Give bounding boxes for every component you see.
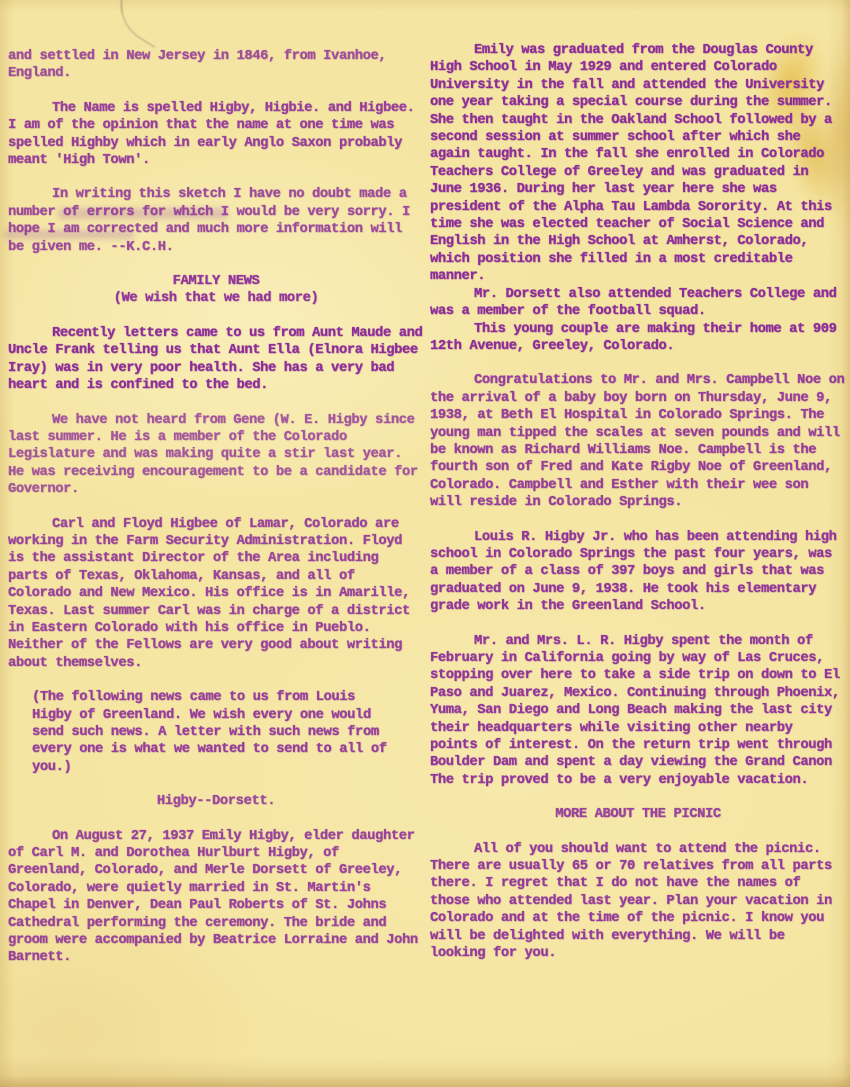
paragraph: Congratulations to Mr. and Mrs. Campbell… <box>430 372 846 511</box>
newsletter-page: and settled in New Jersey in 1846, from … <box>0 0 850 1087</box>
heading-line: MORE ABOUT THE PICNIC <box>430 806 846 823</box>
section-heading: FAMILY NEWS(We wish that we had more) <box>8 273 424 308</box>
section-heading: MORE ABOUT THE PICNIC <box>430 806 846 823</box>
heading-line: FAMILY NEWS <box>8 273 424 290</box>
pencil-mark <box>105 0 176 48</box>
heading-line: Higby--Dorsett. <box>8 793 424 810</box>
section-heading: Higby--Dorsett. <box>8 793 424 810</box>
paragraph: We have not heard from Gene (W. E. Higby… <box>8 412 424 499</box>
paragraph: Mr. Dorsett also attended Teachers Colle… <box>430 286 846 321</box>
paragraph: All of you should want to attend the pic… <box>430 841 846 963</box>
paragraph: The Name is spelled Higby, Higbie. and H… <box>8 100 424 170</box>
paragraph: This young couple are making their home … <box>430 321 846 356</box>
paragraph: In writing this sketch I have no doubt m… <box>8 186 424 256</box>
paragraph: (The following news came to us from Loui… <box>32 689 388 776</box>
paragraph: Carl and Floyd Higbee of Lamar, Colorado… <box>8 516 424 673</box>
paragraph: Mr. and Mrs. L. R. Higby spent the month… <box>430 633 846 790</box>
paragraph: Louis R. Higby Jr. who has been attendin… <box>430 529 846 616</box>
paragraph: and settled in New Jersey in 1846, from … <box>8 48 424 83</box>
paragraph: Recently letters came to us from Aunt Ma… <box>8 325 424 395</box>
heading-line: (We wish that we had more) <box>8 290 424 307</box>
paragraph: Emily was graduated from the Douglas Cou… <box>430 42 846 286</box>
paragraph: On August 27, 1937 Emily Higby, elder da… <box>8 828 424 967</box>
column-right: Emily was graduated from the Douglas Cou… <box>430 42 846 980</box>
column-left: and settled in New Jersey in 1846, from … <box>8 48 424 984</box>
